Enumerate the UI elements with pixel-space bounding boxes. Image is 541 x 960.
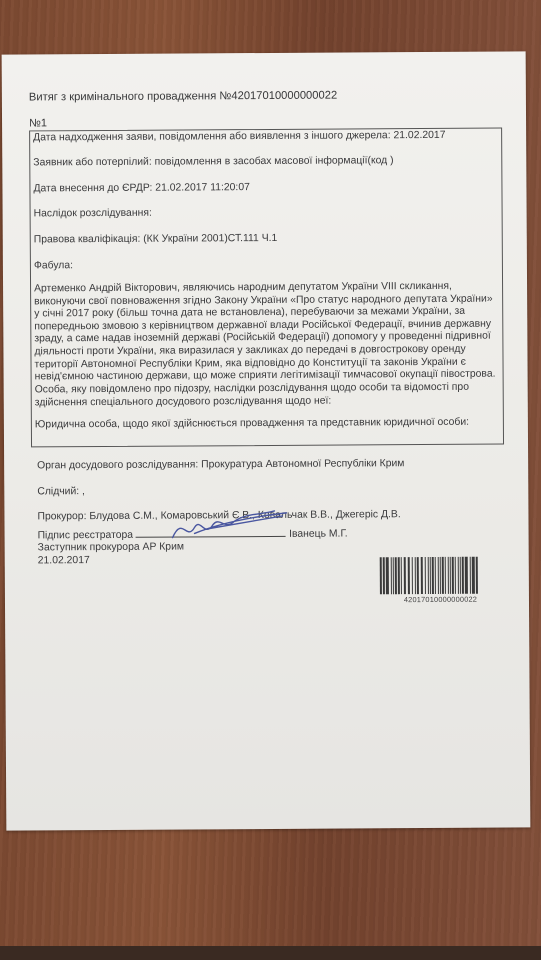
table-edge xyxy=(0,946,541,960)
record-number: №1 xyxy=(29,117,47,129)
barcode xyxy=(380,557,501,595)
document-title: Витяг з кримінального провадження №42017… xyxy=(29,90,337,104)
legal-qualification: Правова кваліфікація: (КК України 2001)С… xyxy=(34,233,278,245)
registrar-name: Іванець М.Г. xyxy=(289,529,348,540)
erdr-date: Дата внесення до ЄРДР: 21.02.2017 11:20:… xyxy=(33,182,249,194)
signature-label: Підпис реєстратора xyxy=(38,530,134,542)
record-box: Дата надходження заяви, повідомлення або… xyxy=(29,128,504,448)
suspect-info: Особа, яку повідомлено про підозру, насл… xyxy=(35,382,497,410)
barcode-number: 42017010000000022 xyxy=(380,595,501,605)
investigation-authority: Орган досудового розслідування: Прокурат… xyxy=(37,458,404,471)
received-date: Дата надходження заяви, повідомлення або… xyxy=(33,130,445,144)
plot-label: Фабула: xyxy=(34,260,73,271)
handwritten-signature xyxy=(164,507,294,548)
document-page: Витяг з кримінального провадження №42017… xyxy=(2,51,531,830)
legal-entity: Юридична особа, щодо якої здійснюється п… xyxy=(35,417,469,431)
investigation-result: Наслідок розслідування: xyxy=(34,208,152,220)
investigator: Слідчий: , xyxy=(37,486,85,497)
applicant: Заявник або потерпілий: повідомлення в з… xyxy=(33,155,393,168)
plot-text: Артеменко Андрій Вікторович, являючись н… xyxy=(34,281,497,385)
signature-date: 21.02.2017 xyxy=(38,553,348,567)
